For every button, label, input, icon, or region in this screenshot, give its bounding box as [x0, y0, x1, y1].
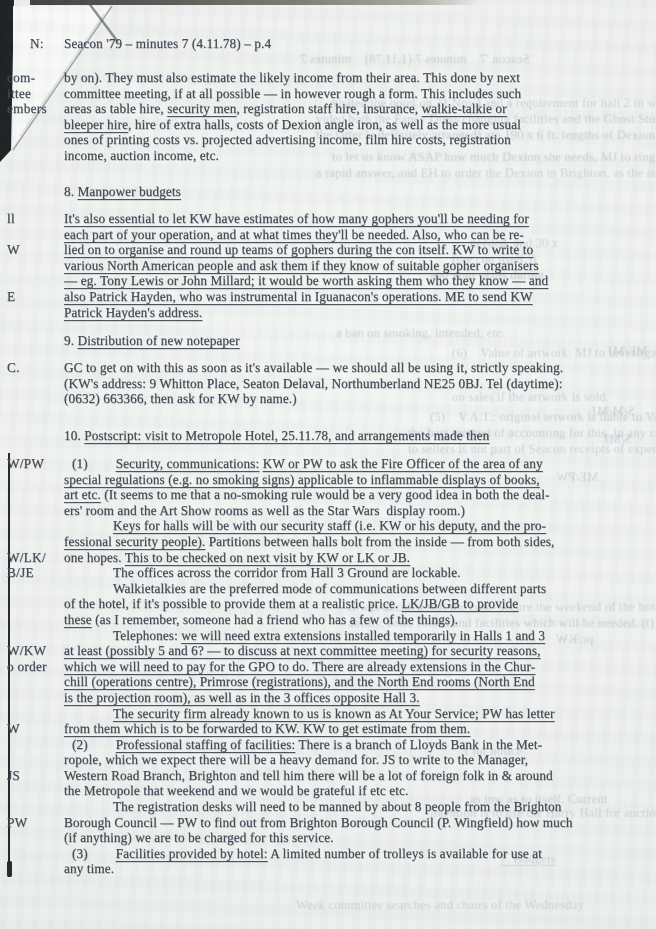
- line-text: (if anything) we are to be charged for t…: [64, 830, 656, 846]
- doc-line: PWBorough Council — PW to find out from …: [0, 815, 656, 831]
- line-text: — eg. Tony Lewis or John Millard; it wou…: [64, 273, 656, 289]
- doc-line: 9. Distribution of new notepaper: [0, 333, 656, 349]
- doc-line: various North American people and ask th…: [0, 258, 656, 274]
- margin-note: W: [0, 721, 64, 737]
- doc-line: Walkietalkies are the preferred mode of …: [0, 581, 656, 597]
- line-text: fessional security people). Partitions b…: [64, 534, 656, 550]
- doc-line: ones of printing costs vs. projected adv…: [0, 132, 656, 148]
- doc-line: ers' room and the Art Show rooms as well…: [0, 503, 656, 519]
- margin-note: embers: [0, 101, 64, 117]
- line-text: Borough Council — PW to find out from Br…: [64, 815, 656, 831]
- scanned-minutes-page: Seacon '7 minutes 7 (1.11.78) minutes 7v…: [0, 0, 656, 929]
- doc-line: W/KWat least (possibly 5 and 6? — to dis…: [0, 643, 656, 659]
- doc-line: bleeper hire, hire of extra halls, costs…: [0, 117, 656, 133]
- doc-line: The security firm already known to us is…: [0, 706, 656, 722]
- doc-line: o orderwhich we will need to pay for the…: [0, 659, 656, 675]
- doc-line: of the hotel, if it's possible to provid…: [0, 596, 656, 612]
- margin-note: o order: [0, 659, 64, 675]
- doc-line: chill (operations centre), Primrose (reg…: [0, 674, 656, 690]
- line-text: 10. Postscript: visit to Metropole Hotel…: [64, 428, 656, 444]
- margin-note: ittee: [0, 86, 64, 102]
- line-text: lied on to organise and round up teams o…: [64, 242, 656, 258]
- line-text: (0632) 663366, then ask for KW by name.): [64, 391, 656, 407]
- doc-line: B/JEThe offices across the corridor from…: [0, 565, 656, 581]
- block-para-manpower: llIt's also essential to let KW have est…: [0, 211, 656, 320]
- bleedthrough-text: Seacon '7 minutes 7 (1.11.78) minutes 7: [300, 52, 530, 67]
- doc-line: Wfrom them which is to be forwarded to K…: [0, 721, 656, 737]
- line-text: Western Road Branch, Brighton and tell h…: [64, 768, 656, 784]
- line-text: chill (operations centre), Primrose (reg…: [64, 674, 656, 690]
- page-title: Seacon '79 – minutes 7 (4.11.78) – p.4: [64, 36, 656, 52]
- line-text: 8. Manpower budgets: [64, 184, 656, 200]
- block-heading-9: 9. Distribution of new notepaper: [0, 333, 656, 349]
- margin-note: PW: [0, 815, 64, 831]
- margin-note: E: [0, 289, 64, 305]
- line-text: (KW's address: 9 Whitton Place, Seaton D…: [64, 376, 656, 392]
- margin-note: ll: [0, 211, 64, 227]
- header-margin-note: N:: [0, 36, 64, 52]
- block-heading-8: 8. Manpower budgets: [0, 184, 656, 200]
- line-text: Walkietalkies are the preferred mode of …: [64, 581, 656, 597]
- doc-line: JSWestern Road Branch, Brighton and tell…: [0, 768, 656, 784]
- line-text: The registration desks will need to be m…: [64, 799, 656, 815]
- doc-line: (2)Professional staffing of facilities: …: [0, 737, 656, 753]
- margin-note: W/LK/: [0, 550, 64, 566]
- doc-line: special regulations (e.g. no smoking sig…: [0, 472, 656, 488]
- line-text: ones of printing costs vs. projected adv…: [64, 132, 656, 148]
- line-text: It's also essential to let KW have estim…: [64, 211, 656, 227]
- line-text: the Metropole that weekend and we would …: [64, 783, 656, 799]
- header-line: N: Seacon '79 – minutes 7 (4.11.78) – p.…: [0, 36, 656, 52]
- margin-note: W: [0, 242, 64, 258]
- doc-line: fessional security people). Partitions b…: [0, 534, 656, 550]
- margin-note: JS: [0, 768, 64, 784]
- margin-note: C.: [0, 360, 64, 376]
- margin-note: W/PW: [0, 456, 64, 472]
- doc-line: W/LK/one hopes. This to be checked on ne…: [0, 550, 656, 566]
- line-text: various North American people and ask th…: [64, 258, 656, 274]
- line-text: any time.: [64, 861, 656, 877]
- doc-line: — eg. Tony Lewis or John Millard; it wou…: [0, 273, 656, 289]
- block-para-income-estimates: com-by on). They must also estimate the …: [0, 70, 656, 164]
- line-text: (2)Professional staffing of facilities: …: [64, 737, 656, 753]
- doc-line: the Metropole that weekend and we would …: [0, 783, 656, 799]
- line-text: at least (possibly 5 and 6? — to discuss…: [64, 643, 656, 659]
- line-text: (1)Security, communications: KW or PW to…: [64, 456, 656, 472]
- line-text: ers' room and the Art Show rooms as well…: [64, 503, 656, 519]
- bleedthrough-text: (5) V.A.T.: original artwork is liable t…: [430, 410, 656, 425]
- line-text: Telephones: we will need extra extension…: [64, 628, 656, 644]
- line-text: income, auction income, etc.: [64, 148, 656, 164]
- page-header: N: Seacon '79 – minutes 7 (4.11.78) – p.…: [0, 36, 656, 52]
- line-text: 9. Distribution of new notepaper: [64, 333, 656, 349]
- line-text: art etc. (It seems to me that a no-smoki…: [64, 487, 656, 503]
- margin-note: B/JE: [0, 565, 64, 581]
- doc-line: embersareas as table hire, security men,…: [0, 101, 656, 117]
- doc-line: 8. Manpower budgets: [0, 184, 656, 200]
- margin-note: W/KW: [0, 643, 64, 659]
- doc-line: W/PW(1)Security, communications: KW or P…: [0, 456, 656, 472]
- doc-line: Keys for halls will be with our security…: [0, 518, 656, 534]
- doc-line: Telephones: we will need extra extension…: [0, 628, 656, 644]
- doc-line: com-by on). They must also estimate the …: [0, 70, 656, 86]
- doc-line: llIt's also essential to let KW have est…: [0, 211, 656, 227]
- line-text: is the projection room), as well as in t…: [64, 690, 656, 706]
- line-text: bleeper hire, hire of extra halls, costs…: [64, 117, 656, 133]
- line-text: which we will need to pay for the GPO to…: [64, 659, 656, 675]
- doc-line: 10. Postscript: visit to Metropole Hotel…: [0, 428, 656, 444]
- doc-line: itteecommittee meeting, if at all possib…: [0, 86, 656, 102]
- doc-line: income, auction income, etc.: [0, 148, 656, 164]
- line-text: areas as table hire, security men, regis…: [64, 101, 656, 117]
- line-text: each part of your operation, and at what…: [64, 227, 656, 243]
- doc-line: C.GC to get on with this as soon as it's…: [0, 360, 656, 376]
- margin-note: com-: [0, 70, 64, 86]
- line-text: The security firm already known to us is…: [64, 706, 656, 722]
- doc-line: (if anything) we are to be charged for t…: [0, 830, 656, 846]
- line-text: of the hotel, if it's possible to provid…: [64, 596, 656, 612]
- doc-line: Wlied on to organise and round up teams …: [0, 242, 656, 258]
- line-text: ropole, which we expect there will be a …: [64, 752, 656, 768]
- line-text: by on). They must also estimate the like…: [64, 70, 656, 86]
- line-text: these (as I remember, someone had a frie…: [64, 612, 656, 628]
- doc-line: any time.: [0, 861, 656, 877]
- bleedthrough-text: Week committee searches and chairs of th…: [296, 898, 584, 913]
- block-heading-10: 10. Postscript: visit to Metropole Hotel…: [0, 428, 656, 444]
- block-para-postscript: W/PW(1)Security, communications: KW or P…: [0, 456, 656, 877]
- doc-line: (0632) 663366, then ask for KW by name.): [0, 391, 656, 407]
- line-text: The offices across the corridor from Hal…: [64, 565, 656, 581]
- line-text: committee meeting, if at all possible — …: [64, 86, 656, 102]
- doc-line: Ealso Patrick Hayden, who was instrument…: [0, 289, 656, 305]
- line-text: special regulations (e.g. no smoking sig…: [64, 472, 656, 488]
- line-text: (3)Facilities provided by hotel: A limit…: [64, 846, 656, 862]
- doc-line: ropole, which we expect there will be a …: [0, 752, 656, 768]
- line-text: GC to get on with this as soon as it's a…: [64, 360, 656, 376]
- doc-line: The registration desks will need to be m…: [0, 799, 656, 815]
- bleedthrough-text: to sellers is not part of Seacon receipt…: [408, 442, 656, 457]
- line-text: also Patrick Hayden, who was instrumenta…: [64, 289, 656, 305]
- line-text: one hopes. This to be checked on next vi…: [64, 550, 656, 566]
- doc-line: art etc. (It seems to me that a no-smoki…: [0, 487, 656, 503]
- bleedthrough-text: a rapid answer, and EH to order the Dexi…: [316, 166, 656, 181]
- doc-line: Patrick Hayden's address.: [0, 305, 656, 321]
- line-text: Keys for halls will be with our security…: [64, 518, 656, 534]
- doc-line: these (as I remember, someone had a frie…: [0, 612, 656, 628]
- line-text: Patrick Hayden's address.: [64, 305, 656, 321]
- doc-line: (KW's address: 9 Whitton Place, Seaton D…: [0, 376, 656, 392]
- block-para-notepaper: C.GC to get on with this as soon as it's…: [0, 360, 656, 407]
- doc-line: is the projection room), as well as in t…: [0, 690, 656, 706]
- line-text: from them which is to be forwarded to KW…: [64, 721, 656, 737]
- doc-line: each part of your operation, and at what…: [0, 227, 656, 243]
- doc-line: (3)Facilities provided by hotel: A limit…: [0, 846, 656, 862]
